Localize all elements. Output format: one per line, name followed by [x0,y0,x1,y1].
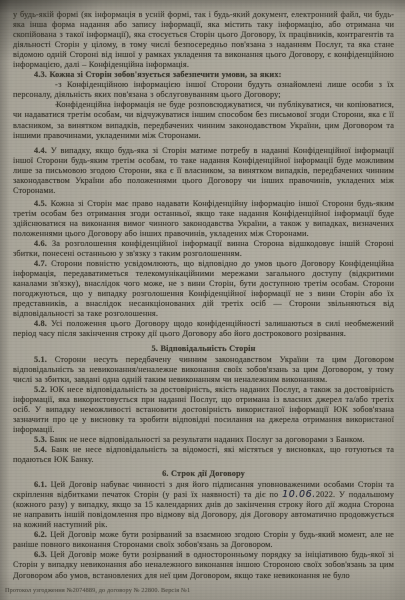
bullet-text: з Конфіденційною інформацією іншої Сторо… [13,80,394,99]
clause-number: 4.7. [34,259,47,268]
clause-text: За розголошення конфіденційної інформаці… [13,239,394,258]
footer-note: Протокол узгодження №2074889, до договор… [5,587,190,594]
clause-4-3-heading: 4.3. Кожна зі Сторін зобов'язується забе… [13,70,394,80]
clause-text: Сторони повністю усвідомлюють, що відпов… [13,259,394,318]
contract-continuation-paragraph: у будь-якій формі (як інформація в усній… [13,10,394,70]
section-6-heading: 6. Строк дії Договору [13,469,394,479]
clause-text: Кожна зі Сторін має право надавати Конфі… [13,199,394,238]
clause-text: Сторони несуть передбачену чинним законо… [13,355,394,384]
clause-5-2: 5.2. ЮК несе відповідальність за достові… [13,385,394,435]
clause-number: 5.3. [34,435,47,444]
scanned-contract-page: у будь-якій формі (як інформація в усній… [0,0,405,600]
bullet-dash: - [34,80,38,90]
clause-number: 5.1. [34,355,47,364]
clause-text: Усі положення цього Договору щодо конфід… [13,319,394,338]
clause-5-3: 5.3. Банк не несе відповідальності за ре… [13,435,394,445]
clause-4-7: 4.7. Сторони повністю усвідомлюють, що в… [13,259,394,319]
clause-number: 5.4. [34,445,47,454]
clause-5-4: 5.4. Банк не несе відповідальність за ві… [13,445,394,465]
handwritten-date: 10.06. [282,489,316,500]
clause-4-8: 4.8. Усі положення цього Договору щодо к… [13,319,394,339]
clause-number: 4.3. [34,70,47,79]
clause-number: 5.2. [34,385,47,394]
bullet-item-personnel: - з Конфіденційною інформацією іншої Сто… [13,80,394,100]
clause-6-2: 6.2. Цей Договір може бути розірваний за… [13,530,394,550]
clause-4-5: 4.5. Кожна зі Сторін має право надавати … [13,199,394,239]
clause-number: 4.6. [34,239,47,248]
clause-text: Кожна зі Сторін зобов'язується забезпечи… [49,70,281,79]
clause-text: Цей Договір може бути розірваний в однос… [13,550,394,579]
clause-text: Банк не несе відповідальності за результ… [49,435,364,444]
contract-text-block: у будь-якій формі (як інформація в усній… [13,10,394,581]
clause-number: 6.1. [34,480,47,489]
clause-text: У випадку, якщо будь-яка зі Сторін матим… [13,146,394,195]
clause-4-6: 4.6. За розголошення конфіденційної інфо… [13,239,394,259]
clause-text: ЮК несе відповідальність за достовірніст… [13,385,394,434]
bullet-item-no-distribution: - Конфіденційна інформація не буде розпо… [13,100,394,140]
section-5-heading: 5. Відповідальність Сторін [13,344,394,354]
clause-4-4: 4.4. У випадку, якщо будь-яка зі Сторін … [13,146,394,196]
clause-6-1: 6.1. Цей Договір набуває чинності з дня … [13,480,394,530]
clause-5-1: 5.1. Сторони несуть передбачену чинним з… [13,355,394,385]
clause-number: 4.5. [34,199,47,208]
clause-number: 6.3. [34,550,47,559]
clause-number: 4.4. [34,146,47,155]
clause-6-3: 6.3. Цей Договір може бути розірваний в … [13,550,394,580]
clause-number: 4.8. [34,319,47,328]
bullet-dash: - [34,100,38,110]
clause-text: Цей Договір може бути розірваний за взає… [13,530,394,549]
clause-number: 6.2. [34,530,47,539]
clause-text: Банк не несе відповідальність за відомос… [13,445,394,464]
bullet-text: Конфіденційна інформація не буде розповс… [13,100,394,139]
